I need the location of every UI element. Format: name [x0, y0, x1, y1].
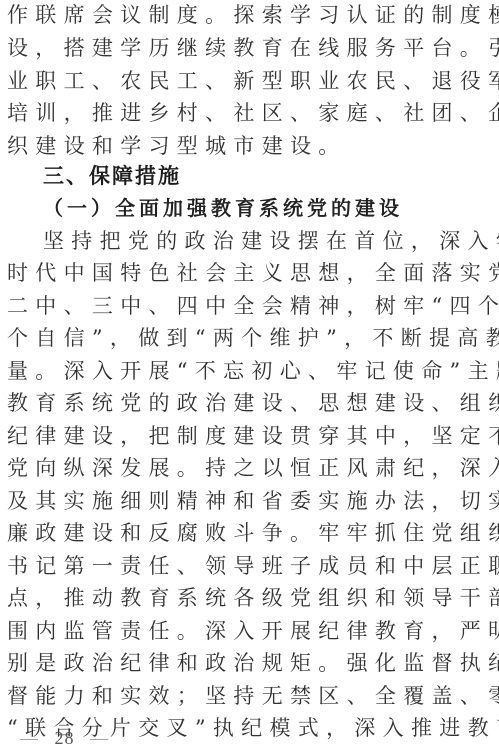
page-number-dash-left: —: [20, 728, 39, 748]
section-heading: 三、保障措施: [43, 161, 493, 191]
body-line: 坚持把党的政治建设摆在首位，深入学习贯彻习近平新: [43, 226, 493, 256]
body-line: 教育系统党的政治建设、思想建设、组织建设、作风建设、: [7, 388, 493, 418]
body-line: 围内监管责任。深入开展纪律教育，严明党的纪律和规矩特: [7, 616, 493, 646]
body-line: 业职工、农民工、新型职业农民、退役军人等重点人群开展: [7, 66, 493, 96]
page-number-dash-right: —: [90, 728, 109, 748]
body-line: 二中、三中、四中全会精神，树牢“四个意识”，坚定“四: [7, 291, 493, 321]
body-line: 及其实施细则精神和省委实施办法，切实加强教育系统党风: [7, 486, 493, 516]
body-line: 书记第一责任、领导班子成员和中层正职“一岗双责”等重: [7, 551, 493, 581]
body-line: 廉政建设和反腐败斗争。牢牢抓住党组织主体责任、党组织: [7, 518, 493, 548]
body-line: 时代中国特色社会主义思想，全面落实党的十九大和十九届: [7, 258, 493, 288]
document-page: 作联席会议制度。探索学习认证的制度模式和服务体系建 设，搭建学历继续教育在线服务…: [0, 0, 499, 752]
body-line: 织建设和学习型城市建设。: [7, 131, 493, 161]
page-number: 28: [55, 728, 75, 748]
body-line: 点，推动教育系统各级党组织和领导干部切实承担起职责范: [7, 583, 493, 613]
body-line: 量。深入开展“不忘初心、牢记使命”主题教育。全面加强: [7, 356, 493, 386]
subsection-heading: （一）全面加强教育系统党的建设: [43, 193, 493, 223]
page-number-footer: — 28 —: [20, 728, 109, 749]
body-line: 设，搭建学历继续教育在线服务平台。引导职业院校面向企: [7, 33, 493, 63]
body-line: 个自信”，做到“两个维护”，不断提高教育系统党的建设质: [7, 323, 493, 353]
body-line: 督能力和实效；坚持无禁区、全覆盖、零容忍，坚持和深化: [7, 681, 493, 711]
body-line: 党向纵深发展。持之以恒正风肃纪，深入落实中央八项规定: [7, 453, 493, 483]
body-line: 作联席会议制度。探索学习认证的制度模式和服务体系建: [7, 0, 493, 30]
body-line: 培训，推进乡村、社区、家庭、社团、企业等各类学习型组: [7, 98, 493, 128]
body-line: 纪律建设，把制度建设贯穿其中，坚定不移推进全面从严治: [7, 421, 493, 451]
body-line: 别是政治纪律和政治规矩。强化监督执纪问责，提高精准监: [7, 648, 493, 678]
